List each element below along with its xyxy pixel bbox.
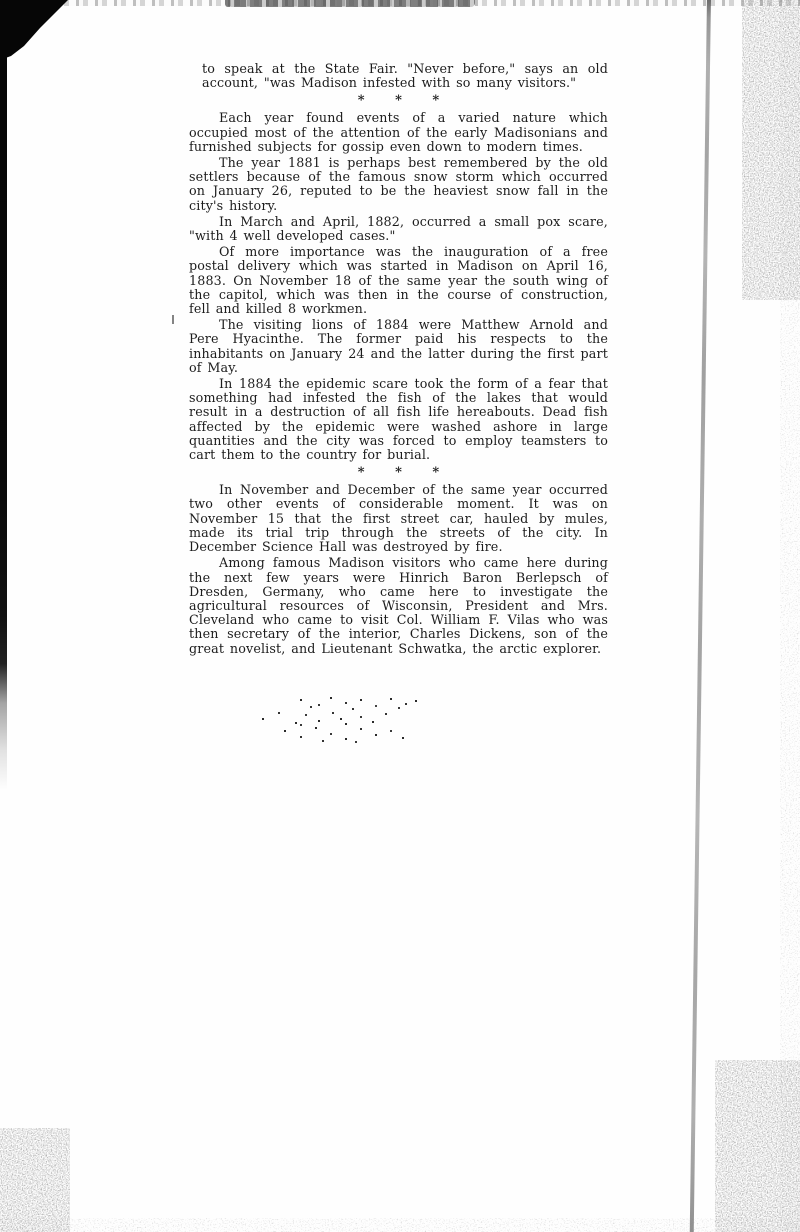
scan-noise-bottom-edge bbox=[0, 1218, 800, 1232]
section-separator: * * * bbox=[189, 466, 608, 480]
scan-artifact-corner-shadow bbox=[0, 0, 72, 60]
article-paragraph: Of more importance was the inauguration … bbox=[189, 245, 608, 316]
scan-artifact-fold-line bbox=[690, 0, 711, 1232]
article-paragraph: In March and April, 1882, occurred a sma… bbox=[189, 215, 608, 243]
section-separator: * * * bbox=[189, 94, 608, 108]
scan-artifact-left-edge bbox=[0, 0, 7, 790]
ink-specks bbox=[258, 711, 260, 713]
article-paragraph: In 1884 the epidemic scare took the form… bbox=[189, 377, 608, 462]
scan-artifact-margin-tick bbox=[172, 315, 174, 324]
scan-noise-bottom-right-corner bbox=[715, 1060, 800, 1232]
article-paragraph: The visiting lions of 1884 were Matthew … bbox=[189, 318, 608, 375]
article-text-column: to speak at the State Fair. "Never befor… bbox=[189, 62, 608, 658]
scan-artifact-top-smudge bbox=[225, 0, 475, 7]
scan-noise-top-right-corner bbox=[742, 0, 800, 300]
article-paragraph: The year 1881 is perhaps best remembered… bbox=[189, 156, 608, 213]
ink-specks bbox=[292, 696, 294, 698]
article-paragraph: Among famous Madison visitors who came h… bbox=[189, 556, 608, 655]
article-paragraph: In November and December of the same yea… bbox=[189, 483, 608, 554]
ink-specks bbox=[282, 725, 284, 727]
article-paragraph: to speak at the State Fair. "Never befor… bbox=[189, 62, 608, 90]
scanned-page: to speak at the State Fair. "Never befor… bbox=[0, 0, 800, 1232]
scan-noise-bottom-left-corner bbox=[0, 1128, 70, 1232]
article-paragraph: Each year found events of a varied natur… bbox=[189, 111, 608, 154]
